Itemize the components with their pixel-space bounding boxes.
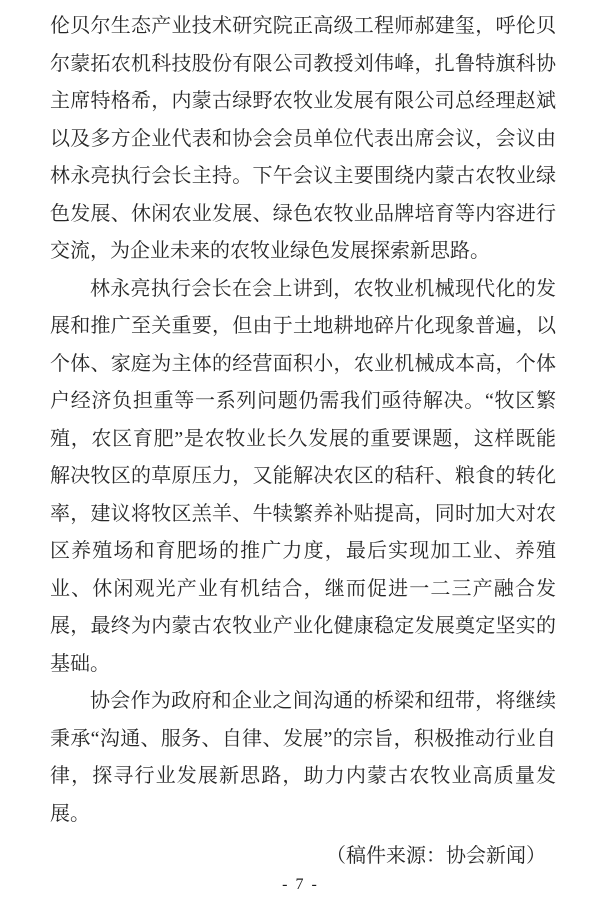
paragraph-continuation: 伦贝尔生态产业技术研究院正高级工程师郝建玺，呼伦贝尔蒙拓农机科技股份有限公司教授… (50, 8, 556, 271)
paragraph-speech: 林永亮执行会长在会上讲到，农牧业机械现代化的发展和推广至关重要，但由于土地耕地碎… (50, 271, 556, 684)
document-body: 伦贝尔生态产业技术研究院正高级工程师郝建玺，呼伦贝尔蒙拓农机科技股份有限公司教授… (50, 8, 556, 876)
document-page: 伦贝尔生态产业技术研究院正高级工程师郝建玺，呼伦贝尔蒙拓农机科技股份有限公司教授… (0, 0, 601, 908)
page-number: - 7 - (0, 876, 601, 894)
source-attribution: （稿件来源：协会新闻） (50, 838, 556, 876)
paragraph-closing: 协会作为政府和企业之间沟通的桥梁和纽带，将继续秉承“沟通、服务、自律、发展”的宗… (50, 683, 556, 833)
